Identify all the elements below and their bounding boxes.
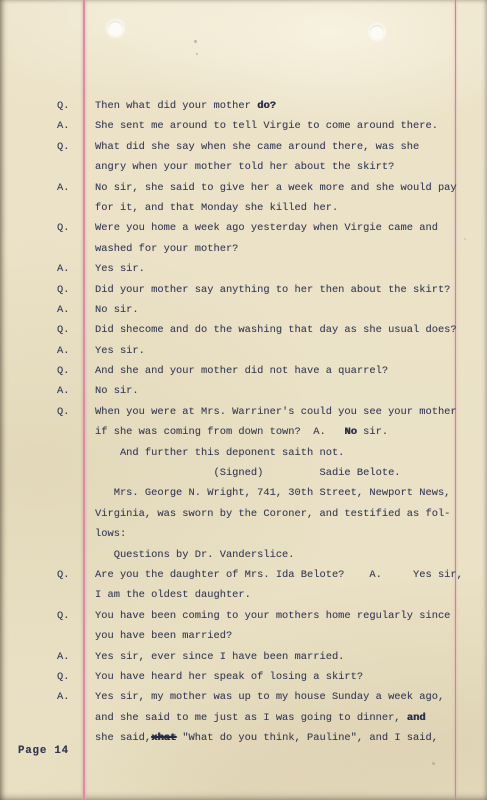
document-line: Q.Did your mother say anything to her th… — [0, 280, 487, 300]
document-line: she said,xhat "What do you think, Paulin… — [0, 728, 487, 748]
line-text: Did shecome and do the washing that day … — [95, 320, 487, 340]
document-line: washed for your mother? — [0, 239, 487, 259]
line-text: Are you the daughter of Mrs. Ida Belote?… — [95, 565, 487, 585]
document-line: Mrs. George N. Wright, 741, 30th Street,… — [0, 483, 487, 503]
document-line: I am the oldest daughter. — [0, 585, 487, 605]
line-text: (Signed) Sadie Belote. — [95, 463, 487, 483]
document-line: Q.You have heard her speak of losing a s… — [0, 667, 487, 687]
document-line: Virginia, was sworn by the Coroner, and … — [0, 504, 487, 524]
line-text: She sent me around to tell Virgie to com… — [95, 116, 487, 136]
document-line: Q.Did shecome and do the washing that da… — [0, 320, 487, 340]
line-text: You have been coming to your mothers hom… — [95, 606, 487, 626]
document-line: if she was coming from down town? A. No … — [0, 422, 487, 442]
document-line: Q.Are you the daughter of Mrs. Ida Belot… — [0, 565, 487, 585]
line-text: Yes sir, my mother was up to my house Su… — [95, 687, 487, 707]
qa-marker: Q. — [57, 565, 69, 585]
line-text: Mrs. George N. Wright, 741, 30th Street,… — [95, 483, 487, 503]
document-page: Q.Then what did your mother do?A.She sen… — [0, 0, 487, 800]
testimony-lines: Q.Then what did your mother do?A.She sen… — [0, 96, 487, 749]
document-line: Q.And she and your mother did not have a… — [0, 361, 487, 381]
document-line: Q.What did she say when she came around … — [0, 137, 487, 157]
qa-marker: Q. — [57, 606, 69, 626]
document-line: A.Yes sir, ever since I have been marrie… — [0, 647, 487, 667]
stain-speck — [432, 762, 435, 765]
document-line: A.No sir. — [0, 300, 487, 320]
line-text: Virginia, was sworn by the Coroner, and … — [95, 504, 487, 524]
line-text: And further this deponent saith not. — [95, 443, 487, 463]
document-line: A.She sent me around to tell Virgie to c… — [0, 116, 487, 136]
document-line: A.No sir. — [0, 381, 487, 401]
qa-marker: A. — [57, 178, 69, 198]
line-text: and she said to me just as I was going t… — [95, 708, 487, 728]
stain-speck — [196, 53, 198, 55]
line-text: Yes sir. — [95, 259, 487, 279]
line-text: Questions by Dr. Vanderslice. — [95, 545, 487, 565]
document-line: lows: — [0, 524, 487, 544]
line-text: Yes sir. — [95, 341, 487, 361]
line-text: for it, and that Monday she killed her. — [95, 198, 487, 218]
line-text: And she and your mother did not have a q… — [95, 361, 487, 381]
qa-marker: Q. — [57, 402, 69, 422]
document-line: Q.When you were at Mrs. Warriner's could… — [0, 402, 487, 422]
line-text: You have heard her speak of losing a ski… — [95, 667, 487, 687]
line-text: No sir. — [95, 381, 487, 401]
line-text: Then what did your mother do? — [95, 96, 487, 116]
document-line: A.Yes sir, my mother was up to my house … — [0, 687, 487, 707]
qa-marker: A. — [57, 687, 69, 707]
line-text: lows: — [95, 524, 487, 544]
line-text: angry when your mother told her about th… — [95, 157, 487, 177]
qa-marker: A. — [57, 300, 69, 320]
qa-marker: A. — [57, 341, 69, 361]
punch-hole-left — [108, 21, 123, 36]
line-text: you have been married? — [95, 626, 487, 646]
qa-marker: A. — [57, 381, 69, 401]
document-line: angry when your mother told her about th… — [0, 157, 487, 177]
qa-marker: Q. — [57, 218, 69, 238]
document-line: you have been married? — [0, 626, 487, 646]
line-text: Were you home a week ago yesterday when … — [95, 218, 487, 238]
line-text: When you were at Mrs. Warriner's could y… — [95, 402, 487, 422]
qa-marker: Q. — [57, 96, 69, 116]
document-line: Questions by Dr. Vanderslice. — [0, 545, 487, 565]
stain-speck — [194, 40, 197, 43]
document-line: for it, and that Monday she killed her. — [0, 198, 487, 218]
document-line: Q.Then what did your mother do? — [0, 96, 487, 116]
qa-marker: A. — [57, 116, 69, 136]
document-line: and she said to me just as I was going t… — [0, 708, 487, 728]
line-text: No sir, she said to give her a week more… — [95, 178, 487, 198]
punch-hole-right — [370, 25, 384, 39]
qa-marker: Q. — [57, 280, 69, 300]
qa-marker: Q. — [57, 667, 69, 687]
line-text: Did your mother say anything to her then… — [95, 280, 487, 300]
line-text: if she was coming from down town? A. No … — [95, 422, 487, 442]
qa-marker: A. — [57, 647, 69, 667]
qa-marker: Q. — [57, 137, 69, 157]
qa-marker: A. — [57, 259, 69, 279]
document-line: And further this deponent saith not. — [0, 443, 487, 463]
document-line: A.Yes sir. — [0, 341, 487, 361]
page-number-label: Page 14 — [18, 745, 69, 757]
line-text: What did she say when she came around th… — [95, 137, 487, 157]
qa-marker: Q. — [57, 361, 69, 381]
document-line: (Signed) Sadie Belote. — [0, 463, 487, 483]
line-text: washed for your mother? — [95, 239, 487, 259]
line-text: Yes sir, ever since I have been married. — [95, 647, 487, 667]
document-line: A.Yes sir. — [0, 259, 487, 279]
document-line: Q.Were you home a week ago yesterday whe… — [0, 218, 487, 238]
line-text: I am the oldest daughter. — [95, 585, 487, 605]
qa-marker: Q. — [57, 320, 69, 340]
line-text: No sir. — [95, 300, 487, 320]
line-text: she said,xhat "What do you think, Paulin… — [95, 728, 487, 748]
document-line: Q.You have been coming to your mothers h… — [0, 606, 487, 626]
document-line: A.No sir, she said to give her a week mo… — [0, 178, 487, 198]
